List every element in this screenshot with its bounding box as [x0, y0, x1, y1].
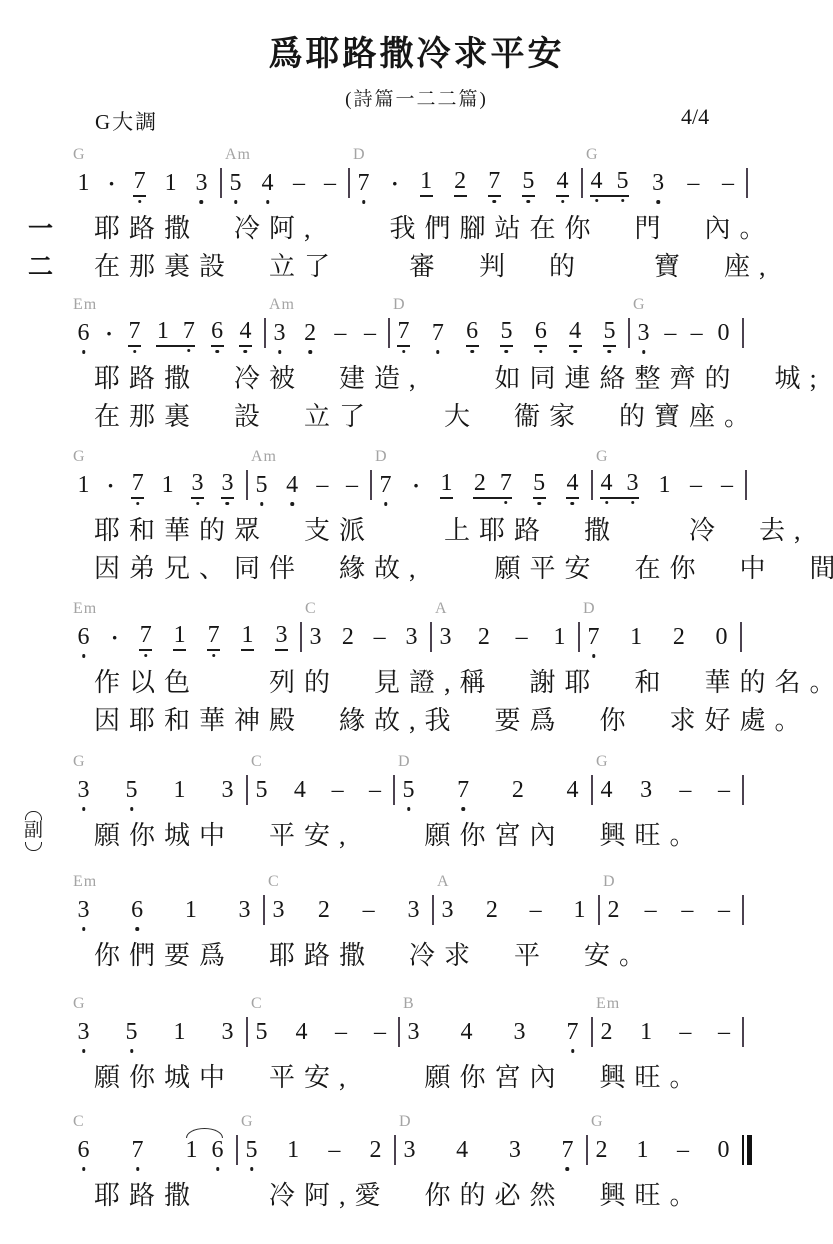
duration-dash: – — [718, 1020, 730, 1045]
note: 7 — [357, 171, 370, 196]
note: 7 — [566, 1020, 579, 1045]
note: 1 — [420, 169, 433, 197]
note: 7 — [182, 319, 195, 344]
note: 3 — [405, 625, 418, 650]
duration-dash: – — [677, 1138, 689, 1163]
beam-group: 43 — [600, 471, 639, 499]
note: 6 — [77, 321, 90, 346]
duration-dash: – — [374, 1020, 386, 1045]
note: 1 — [185, 1138, 198, 1163]
chord-label: Am — [225, 146, 251, 164]
barline — [740, 622, 742, 652]
measure: A32–1 — [434, 890, 598, 930]
music-system: Em6·71713C32–3A32–1D7120作以色 列的 見證,稱 謝耶 和… — [70, 600, 760, 740]
note: 1 — [573, 898, 586, 923]
duration-dash: – — [681, 898, 693, 923]
measure: Am32–– — [266, 313, 388, 353]
notation-row: Em6·71713C32–3A32–1D7120 — [70, 617, 760, 657]
notation-row: Em6·71764Am32––D7765645G3––0 — [70, 313, 760, 353]
lyric-text: 因弟兄、同伴 緣故, 願平安 在你 中 間。 — [94, 554, 833, 583]
chorus-marker: 副 — [24, 811, 43, 851]
chord-label: Em — [73, 296, 97, 314]
note: 5 — [533, 471, 546, 499]
rest: 0 — [717, 321, 730, 346]
duration-dash: – — [721, 473, 733, 498]
notation-row: G3513C54––B3437Em21–– — [70, 1012, 760, 1052]
chord-label: C — [268, 873, 280, 891]
duration-dash: – — [363, 898, 375, 923]
verse-number: 二 — [28, 249, 53, 287]
duration-dash: – — [346, 473, 358, 498]
chorus-marker-char: 副 — [24, 820, 43, 842]
lyric-line: 耶路撒 冷阿,愛 你的必然 興旺。 — [70, 1177, 760, 1215]
note: 7 — [131, 1138, 144, 1163]
note: 1 — [156, 319, 169, 344]
chord-label: G — [73, 448, 86, 466]
duration-dash: – — [328, 1138, 340, 1163]
lyric-line: 因耶和華神殿 緣故,我 要爲 你 求好處。 — [70, 702, 760, 740]
beam-group: 45 — [590, 169, 629, 197]
vertical-paren-top — [25, 811, 42, 820]
notation-row: G3513C54––D5724G43–– — [70, 770, 760, 810]
note: 3 — [513, 1020, 526, 1045]
chord-label: Em — [73, 873, 97, 891]
final-barline — [742, 1135, 752, 1165]
duration-dash: – — [718, 898, 730, 923]
note: 5 — [616, 169, 629, 194]
note: 3 — [275, 623, 288, 651]
chord-label: G — [241, 1113, 254, 1131]
note: 2 — [369, 1138, 382, 1163]
lyrics-block: 你們要爲 耶路撒 冷求 平 安。 — [70, 937, 760, 975]
note: 4 — [566, 471, 579, 499]
note: 7 — [207, 623, 220, 651]
measure: A32–1 — [432, 617, 578, 657]
note: 5 — [245, 1138, 258, 1163]
barline — [742, 895, 744, 925]
note: 3 — [77, 898, 90, 923]
measure: G431–– — [593, 465, 745, 505]
music-system: C6716G51–2D3437G21–0耶路撒 冷阿,愛 你的必然 興旺。 — [70, 1113, 760, 1215]
note: 4 — [293, 778, 306, 803]
note: 1 — [440, 471, 453, 499]
chord-label: D — [393, 296, 406, 314]
measure: D5724 — [395, 770, 591, 810]
note: 1 — [640, 1020, 653, 1045]
chord-label: D — [353, 146, 366, 164]
measure: G21–0 — [588, 1130, 742, 1170]
measure: Am54–– — [222, 163, 348, 203]
note: 1 — [173, 623, 186, 651]
note: 1 — [173, 778, 186, 803]
duration-dash: – — [364, 321, 376, 346]
measure: C32–3 — [265, 890, 432, 930]
note: 1 — [630, 625, 643, 650]
note: 3 — [195, 171, 208, 196]
measure: Em3613 — [70, 890, 263, 930]
note: 7 — [397, 319, 410, 347]
chord-label: G — [591, 1113, 604, 1131]
rest: 0 — [715, 625, 728, 650]
augmentation-dot: · — [107, 473, 114, 498]
measure: C32–3 — [302, 617, 430, 657]
note: 2 — [600, 1020, 613, 1045]
note: 4 — [600, 471, 613, 496]
duration-dash: – — [645, 898, 657, 923]
note: 6 — [77, 625, 90, 650]
lyric-line: 在那裏 設 立了 大 衞家 的寶座。 — [70, 398, 760, 436]
note: 5 — [125, 1020, 138, 1045]
note: 2 — [473, 471, 486, 496]
measure: G3513 — [70, 1012, 246, 1052]
lyric-line: 願你城中 平安, 願你宮內 興旺。 — [70, 1059, 760, 1097]
note: 2 — [672, 625, 685, 650]
barline — [746, 168, 748, 198]
note: 5 — [125, 778, 138, 803]
note: 3 — [626, 471, 639, 496]
lyric-text: 在那裏 設 立了 大 衞家 的寶座。 — [94, 402, 759, 431]
note: 3 — [652, 171, 665, 196]
note: 7 — [499, 471, 512, 496]
music-system: G3513C54––D5724G43––副願你城中 平安, 願你宮內 興旺。 — [70, 753, 760, 855]
measure: Em21–– — [593, 1012, 742, 1052]
measure: C54–– — [248, 1012, 398, 1052]
note: 1 — [241, 623, 254, 651]
note: 3 — [238, 898, 251, 923]
measure: G1·713 — [70, 163, 220, 203]
verse-number: 一 — [28, 211, 53, 249]
note: 3 — [439, 625, 452, 650]
augmentation-dot: · — [391, 171, 398, 196]
chord-label: C — [305, 600, 317, 618]
lyric-line: 你們要爲 耶路撒 冷求 平 安。 — [70, 937, 760, 975]
note: 6 — [77, 1138, 90, 1163]
measure: D7·12754 — [372, 465, 591, 505]
duration-dash: – — [679, 1020, 691, 1045]
augmentation-dot: · — [412, 473, 419, 498]
measure: C6716 — [70, 1130, 236, 1170]
note: 3 — [273, 321, 286, 346]
note: 7 — [587, 625, 600, 650]
lyric-line: 副願你城中 平安, 願你宮內 興旺。 — [70, 817, 760, 855]
chord-label: Em — [73, 600, 97, 618]
chord-label: Am — [251, 448, 277, 466]
lyrics-block: 耶路撒 冷被 建造, 如同連絡整齊的 城;在那裏 設 立了 大 衞家 的寶座。 — [70, 360, 760, 436]
note: 6 — [534, 319, 547, 347]
measure: D3437 — [396, 1130, 586, 1170]
chord-label: G — [73, 753, 86, 771]
rest: 0 — [717, 1138, 730, 1163]
lyrics-block: 一耶路撒 冷阿, 我們腳站在你 門 內。二在那裏設 立了 審 判 的 寶 座, — [70, 210, 760, 286]
lyric-line: 二在那裏設 立了 審 判 的 寶 座, — [70, 248, 760, 286]
note: 3 — [407, 898, 420, 923]
duration-dash: – — [332, 778, 344, 803]
chord-label: B — [403, 995, 415, 1013]
note: 3 — [441, 898, 454, 923]
chord-label: A — [437, 873, 450, 891]
note: 3 — [221, 1020, 234, 1045]
note: 7 — [133, 169, 146, 197]
note: 2 — [511, 778, 524, 803]
note: 1 — [164, 171, 177, 196]
note: 3 — [640, 778, 653, 803]
duration-dash: – — [369, 778, 381, 803]
systems: G1·713Am54––D7·12754G453––一耶路撒 冷阿, 我們腳站在… — [0, 0, 833, 1244]
note: 4 — [566, 778, 579, 803]
note: 3 — [221, 471, 234, 499]
note: 4 — [239, 319, 252, 347]
note: 6 — [466, 319, 479, 347]
lyric-text: 願你城中 平安, 願你宮內 興旺。 — [94, 821, 705, 850]
lyric-text: 你們要爲 耶路撒 冷求 平 安。 — [94, 941, 654, 970]
note: 7 — [379, 473, 392, 498]
chord-label: Am — [269, 296, 295, 314]
note: 2 — [341, 625, 354, 650]
lyric-text: 耶路撒 冷被 建造, 如同連絡整齊的 城; — [94, 364, 826, 393]
lyric-text: 作以色 列的 見證,稱 謝耶 和 華的名。 — [94, 668, 833, 697]
note: 5 — [229, 171, 242, 196]
measure: Em6·71764 — [70, 313, 264, 353]
note: 5 — [402, 778, 415, 803]
lyric-text: 耶和華的眾 支派 上耶路 撒 冷 去, — [94, 516, 810, 545]
note: 2 — [607, 898, 620, 923]
chord-label: C — [251, 995, 263, 1013]
augmentation-dot: · — [108, 171, 115, 196]
chord-label: Em — [596, 995, 620, 1013]
measure: C54–– — [248, 770, 393, 810]
measure: G43–– — [593, 770, 742, 810]
duration-dash: – — [664, 321, 676, 346]
note: 3 — [407, 1020, 420, 1045]
chord-label: G — [586, 146, 599, 164]
chord-label: G — [73, 995, 86, 1013]
lyric-line: 一耶路撒 冷阿, 我們腳站在你 門 內。 — [70, 210, 760, 248]
note: 3 — [637, 321, 650, 346]
duration-dash: – — [334, 321, 346, 346]
notation-row: C6716G51–2D3437G21–0 — [70, 1130, 760, 1170]
sheet-page: 爲耶路撒冷求平安 (詩篇一二二篇) G大調 4/4 G1·713Am54––D7… — [0, 0, 833, 1244]
note: 7 — [431, 321, 444, 346]
augmentation-dot: · — [111, 625, 118, 650]
duration-dash: – — [687, 171, 699, 196]
note: 2 — [477, 625, 490, 650]
note: 1 — [77, 171, 90, 196]
note: 1 — [287, 1138, 300, 1163]
note: 5 — [500, 319, 513, 347]
vertical-paren-bottom — [25, 842, 42, 851]
note: 2 — [304, 321, 317, 346]
lyrics-block: 副願你城中 平安, 願你宮內 興旺。 — [70, 817, 760, 855]
barline — [745, 470, 747, 500]
note: 4 — [556, 169, 569, 197]
note: 3 — [77, 1020, 90, 1045]
note: 6 — [131, 898, 144, 923]
note: 1 — [77, 473, 90, 498]
measure: D2––– — [600, 890, 742, 930]
note: 7 — [131, 471, 144, 499]
note: 2 — [454, 169, 467, 197]
note: 1 — [636, 1138, 649, 1163]
duration-dash: – — [324, 171, 336, 196]
note: 4 — [590, 169, 603, 194]
chord-label: D — [583, 600, 596, 618]
duration-dash: – — [335, 1020, 347, 1045]
chord-label: D — [375, 448, 388, 466]
duration-dash: – — [690, 473, 702, 498]
barline — [742, 775, 744, 805]
chord-label: C — [251, 753, 263, 771]
note: 1 — [173, 1020, 186, 1045]
music-system: G1·7133Am54––D7·12754G431––耶和華的眾 支派 上耶路 … — [70, 448, 760, 588]
note: 7 — [128, 319, 141, 347]
measure: G453–– — [583, 163, 746, 203]
note: 5 — [522, 169, 535, 197]
note: 3 — [272, 898, 285, 923]
lyrics-block: 耶和華的眾 支派 上耶路 撒 冷 去,因弟兄、同伴 緣故, 願平安 在你 中 間… — [70, 512, 760, 588]
note: 2 — [317, 898, 330, 923]
chord-label: A — [435, 600, 448, 618]
chord-label: D — [603, 873, 616, 891]
music-system: Em6·71764Am32––D7765645G3––0耶路撒 冷被 建造, 如… — [70, 296, 760, 436]
lyric-line: 耶路撒 冷被 建造, 如同連絡整齊的 城; — [70, 360, 760, 398]
note: 5 — [255, 473, 268, 498]
music-system: G1·713Am54––D7·12754G453––一耶路撒 冷阿, 我們腳站在… — [70, 146, 760, 286]
duration-dash: – — [530, 898, 542, 923]
note: 3 — [508, 1138, 521, 1163]
duration-dash: – — [316, 473, 328, 498]
measure: D7765645 — [390, 313, 628, 353]
note: 4 — [569, 319, 582, 347]
note: 1 — [553, 625, 566, 650]
final-barline-thin — [742, 1135, 744, 1165]
chord-label: G — [596, 753, 609, 771]
notation-row: G1·713Am54––D7·12754G453–– — [70, 163, 760, 203]
note: 4 — [456, 1138, 469, 1163]
notation-row: Em3613C32–3A32–1D2––– — [70, 890, 760, 930]
chord-label: G — [73, 146, 86, 164]
note: 3 — [403, 1138, 416, 1163]
measure: G51–2 — [238, 1130, 394, 1170]
note: 3 — [221, 778, 234, 803]
chord-label: D — [399, 1113, 412, 1131]
measure: D7120 — [580, 617, 740, 657]
lyrics-block: 願你城中 平安, 願你宮內 興旺。 — [70, 1059, 760, 1097]
duration-dash: – — [679, 778, 691, 803]
lyric-line: 耶和華的眾 支派 上耶路 撒 冷 去, — [70, 512, 760, 550]
note: 3 — [309, 625, 322, 650]
chord-label: D — [398, 753, 411, 771]
measure: G3513 — [70, 770, 246, 810]
tie-group: 16 — [185, 1138, 224, 1163]
duration-dash: – — [374, 625, 386, 650]
lyric-text: 在那裏設 立了 審 判 的 寶 座, — [94, 252, 775, 281]
note: 4 — [460, 1020, 473, 1045]
lyric-text: 因耶和華神殿 緣故,我 要爲 你 求好處。 — [94, 706, 810, 735]
barline — [742, 1017, 744, 1047]
note: 4 — [295, 1020, 308, 1045]
lyric-line: 因弟兄、同伴 緣故, 願平安 在你 中 間。 — [70, 550, 760, 588]
note: 4 — [286, 473, 299, 498]
barline — [742, 318, 744, 348]
note: 6 — [211, 1138, 224, 1163]
measure: G3––0 — [630, 313, 742, 353]
note: 4 — [261, 171, 274, 196]
note: 5 — [255, 778, 268, 803]
note: 1 — [184, 898, 197, 923]
lyric-text: 耶路撒 冷阿,愛 你的必然 興旺。 — [94, 1181, 705, 1210]
music-system: G3513C54––B3437Em21––願你城中 平安, 願你宮內 興旺。 — [70, 995, 760, 1097]
lyrics-block: 耶路撒 冷阿,愛 你的必然 興旺。 — [70, 1177, 760, 1215]
note: 3 — [191, 471, 204, 499]
note: 1 — [658, 473, 671, 498]
note: 7 — [139, 623, 152, 651]
lyric-text: 願你城中 平安, 願你宮內 興旺。 — [94, 1063, 705, 1092]
duration-dash: – — [293, 171, 305, 196]
lyrics-block: 作以色 列的 見證,稱 謝耶 和 華的名。因耶和華神殿 緣故,我 要爲 你 求好… — [70, 664, 760, 740]
measure: B3437 — [400, 1012, 591, 1052]
measure: G1·7133 — [70, 465, 246, 505]
note: 2 — [595, 1138, 608, 1163]
chord-label: G — [633, 296, 646, 314]
measure: D7·12754 — [350, 163, 581, 203]
note: 4 — [600, 778, 613, 803]
note: 3 — [77, 778, 90, 803]
note: 6 — [211, 319, 224, 347]
note: 5 — [255, 1020, 268, 1045]
note: 2 — [485, 898, 498, 923]
augmentation-dot: · — [105, 321, 112, 346]
lyric-line: 作以色 列的 見證,稱 謝耶 和 華的名。 — [70, 664, 760, 702]
beam-group: 27 — [473, 471, 512, 499]
measure: Em6·71713 — [70, 617, 300, 657]
final-barline-thick — [747, 1135, 752, 1165]
duration-dash: – — [516, 625, 528, 650]
duration-dash: – — [691, 321, 703, 346]
duration-dash: – — [718, 778, 730, 803]
duration-dash: – — [722, 171, 734, 196]
note: 7 — [488, 169, 501, 197]
note: 5 — [603, 319, 616, 347]
measure: Am54–– — [248, 465, 370, 505]
note: 7 — [457, 778, 470, 803]
note: 7 — [561, 1138, 574, 1163]
note: 1 — [161, 473, 174, 498]
notation-row: G1·7133Am54––D7·12754G431–– — [70, 465, 760, 505]
music-system: Em3613C32–3A32–1D2–––你們要爲 耶路撒 冷求 平 安。 — [70, 873, 760, 975]
chord-label: C — [73, 1113, 85, 1131]
lyric-text: 耶路撒 冷阿, 我們腳站在你 門 內。 — [94, 214, 775, 243]
beam-group: 17 — [156, 319, 195, 347]
chord-label: G — [596, 448, 609, 466]
